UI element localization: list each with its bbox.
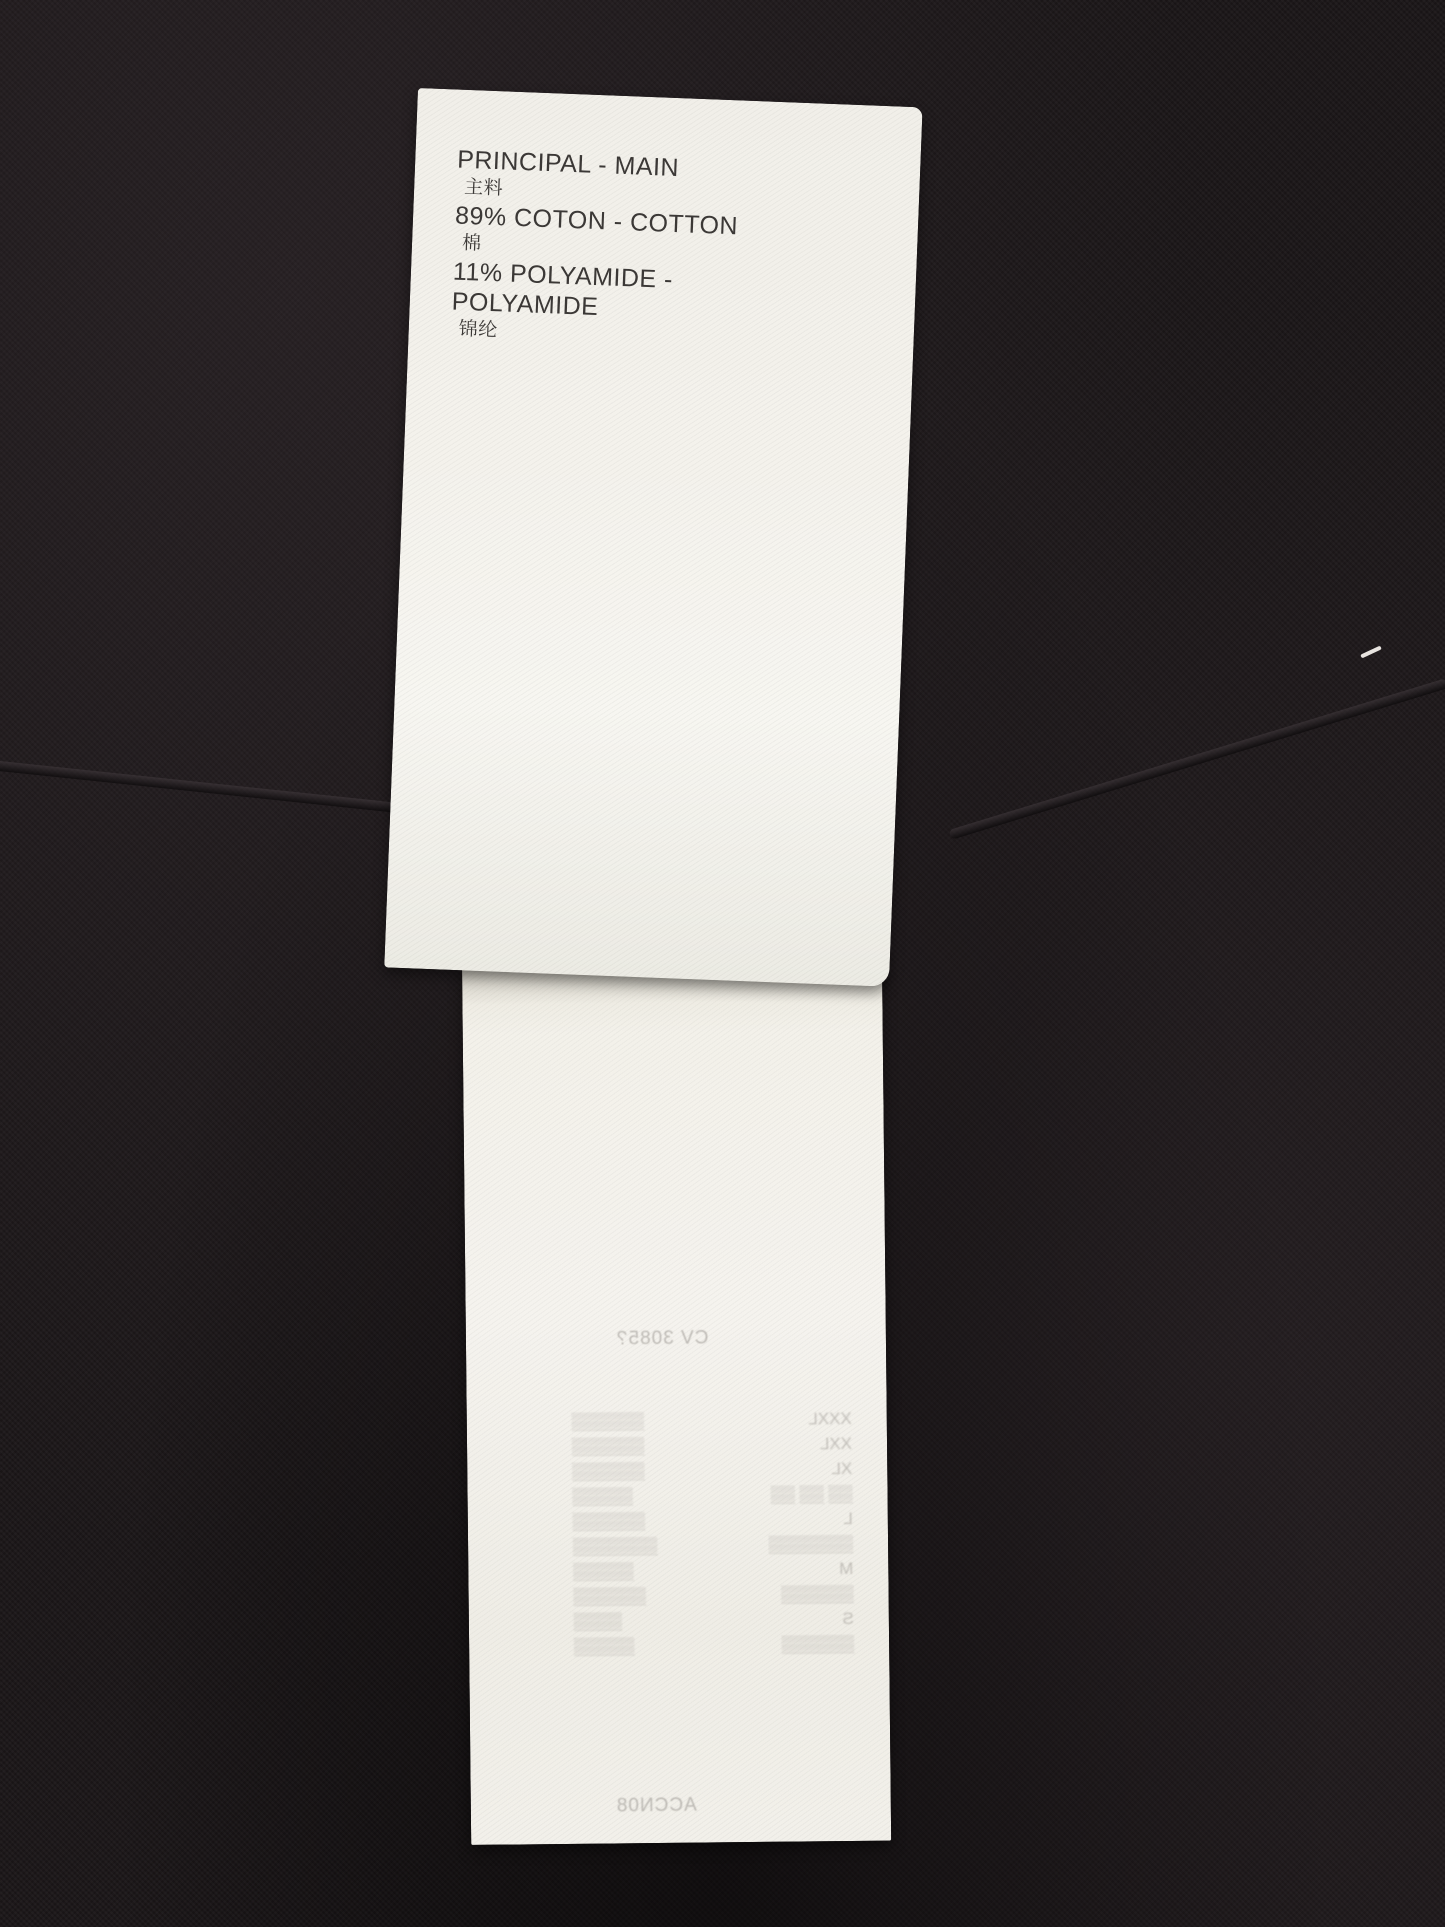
show-through-header-text: CV 3085? bbox=[616, 1327, 709, 1350]
care-label-upper-panel: PRINCIPAL - MAIN 主料 89% COTON - COTTON 棉… bbox=[384, 88, 922, 987]
composition-text-block: PRINCIPAL - MAIN 主料 89% COTON - COTTON 棉… bbox=[450, 145, 741, 354]
show-through-footer-text: ACCN08 bbox=[616, 1795, 697, 1818]
show-through-size-grid: XXXL▒▒▒▒▒▒ XXL▒▒▒▒▒▒ XL▒▒▒▒▒▒ ▒▒ ▒▒ ▒▒▒▒… bbox=[572, 1406, 855, 1659]
care-label-lower-panel: CV 3085? XXXL▒▒▒▒▒▒ XXL▒▒▒▒▒▒ XL▒▒▒▒▒▒ ▒… bbox=[462, 961, 891, 1845]
